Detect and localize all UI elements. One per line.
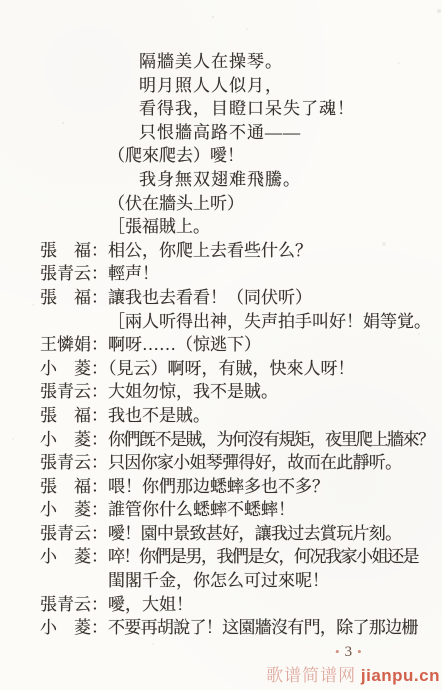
script-line: 只恨牆高路不通—— [0, 121, 442, 145]
script-line: 張青云：噯，大姐！ [0, 593, 442, 617]
line-text: 看得我，目瞪口呆失了魂！ [139, 99, 355, 118]
script-line: 我身無双翅难飛騰。 [0, 168, 442, 192]
script-line: 明月照人人似月， [0, 74, 442, 98]
watermark-site-name: 歌谱简谱网 [266, 666, 356, 685]
line-text: 我也不是賊。 [108, 406, 210, 425]
speaker-label: 王憐娟： [40, 335, 108, 354]
watermark: 歌谱简谱网 jianpu.cn [266, 666, 440, 686]
speaker-label: 小 菱： [40, 547, 108, 566]
script-line: （伏在牆头上听） [0, 192, 442, 216]
line-text: 噯！園中景致甚好，讓我过去賞玩片刻。 [108, 524, 401, 543]
speaker-label: 張青云： [40, 524, 108, 543]
page-number-decor-right: • [353, 644, 367, 659]
script-line: 閨閣千金，你怎么可过來呢！ [0, 569, 442, 593]
speaker-label: 小 菱： [40, 359, 108, 378]
line-text: 大姐勿惊，我不是賊。 [108, 382, 278, 401]
line-text: 誰管你什么蟋蟀不蟋蟀！ [108, 500, 295, 519]
script-line: 張 福：喂！你們那边蟋蟀多也不多？ [0, 475, 442, 499]
script-line: （爬來爬去）噯！ [0, 144, 442, 168]
script-line: 張青云：只因你家小姐琴彈得好，故而在此靜听。 [0, 451, 442, 475]
speaker-label: 張青云： [40, 382, 108, 401]
line-text: （見云）啊呀，有賊，快來人呀！ [108, 359, 355, 378]
line-text: 明月照人人似月， [139, 76, 283, 95]
script-text-block: 隔牆美人在操琴。 明月照人人似月， 看得我，目瞪口呆失了魂！ 只恨牆高路不通——… [0, 50, 442, 640]
line-text: （伏在牆头上听） [108, 194, 244, 213]
line-text: 相公，你爬上去看些什么？ [108, 241, 312, 260]
line-text: 你們旣不是賊，为何沒有規矩，夜里爬上牆來？ [108, 430, 434, 449]
speaker-label: 張 福： [40, 406, 108, 425]
speaker-label: 張 福： [40, 477, 108, 496]
speaker-label: 張青云： [40, 264, 108, 283]
line-text: 我身無双翅难飛騰。 [139, 170, 301, 189]
speaker-label: 張青云： [40, 595, 108, 614]
speaker-label: 張 福： [40, 241, 108, 260]
line-text: 讓我也去看看！（同伏听） [108, 288, 312, 307]
script-line: ［張福賊上。 [0, 215, 442, 239]
speaker-label: 張青云： [40, 453, 108, 472]
script-line: 王憐娟：啊呀……（惊逃下） [0, 333, 442, 357]
line-text: 啐！你們是男，我們是女，何况我家小姐还是 [108, 547, 418, 566]
speaker-label: 小 菱： [40, 500, 108, 519]
line-text: 只因你家小姐琴彈得好，故而在此靜听。 [108, 453, 401, 472]
line-text: 隔牆美人在操琴。 [139, 52, 283, 71]
line-text: （爬來爬去）噯！ [108, 146, 244, 165]
script-line: 小 菱：（見云）啊呀，有賊，快來人呀！ [0, 357, 442, 381]
script-line: 張青云：噯！園中景致甚好，讓我过去賞玩片刻。 [0, 522, 442, 546]
watermark-site-url: jianpu.cn [361, 666, 440, 685]
script-line: 張青云：輕声！ [0, 262, 442, 286]
line-text: 輕声！ [108, 264, 159, 283]
page-number-value: 3 [345, 644, 354, 660]
page-number: •3• [331, 644, 367, 660]
script-line: 張青云：大姐勿惊，我不是賊。 [0, 380, 442, 404]
script-line: 看得我，目瞪口呆失了魂！ [0, 97, 442, 121]
script-line: ［兩人听得出神，失声拍手叫好！娟等覚。 [0, 310, 442, 334]
speaker-label: 小 菱： [40, 430, 108, 449]
page-number-decor-left: • [331, 644, 345, 659]
line-text: 不要再胡說了！这園牆沒有門，除了那边栅 [108, 618, 418, 637]
line-text: 喂！你們那边蟋蟀多也不多？ [108, 477, 329, 496]
line-text: 只恨牆高路不通—— [139, 123, 301, 142]
script-line: 小 菱：你們旣不是賊，为何沒有規矩，夜里爬上牆來？ [0, 428, 442, 452]
script-line: 隔牆美人在操琴。 [0, 50, 442, 74]
line-text: ［張福賊上。 [108, 217, 210, 236]
script-line: 張 福：讓我也去看看！（同伏听） [0, 286, 442, 310]
line-text: 噯，大姐！ [108, 595, 193, 614]
script-line: 小 菱：不要再胡說了！这園牆沒有門，除了那边栅 [0, 616, 442, 640]
line-text: 閨閣千金，你怎么可过來呢！ [108, 571, 329, 590]
script-line: 小 菱：誰管你什么蟋蟀不蟋蟀！ [0, 498, 442, 522]
script-line: 張 福：相公，你爬上去看些什么？ [0, 239, 442, 263]
script-line: 張 福：我也不是賊。 [0, 404, 442, 428]
line-text: ［兩人听得出神，失声拍手叫好！娟等覚。 [108, 312, 431, 331]
speaker-label: 張 福： [40, 288, 108, 307]
script-line: 小 菱：啐！你們是男，我們是女，何况我家小姐还是 [0, 545, 442, 569]
line-text: 啊呀……（惊逃下） [108, 335, 261, 354]
speaker-label: 小 菱： [40, 618, 108, 637]
scanned-script-page: 隔牆美人在操琴。 明月照人人似月， 看得我，目瞪口呆失了魂！ 只恨牆高路不通——… [0, 0, 442, 690]
